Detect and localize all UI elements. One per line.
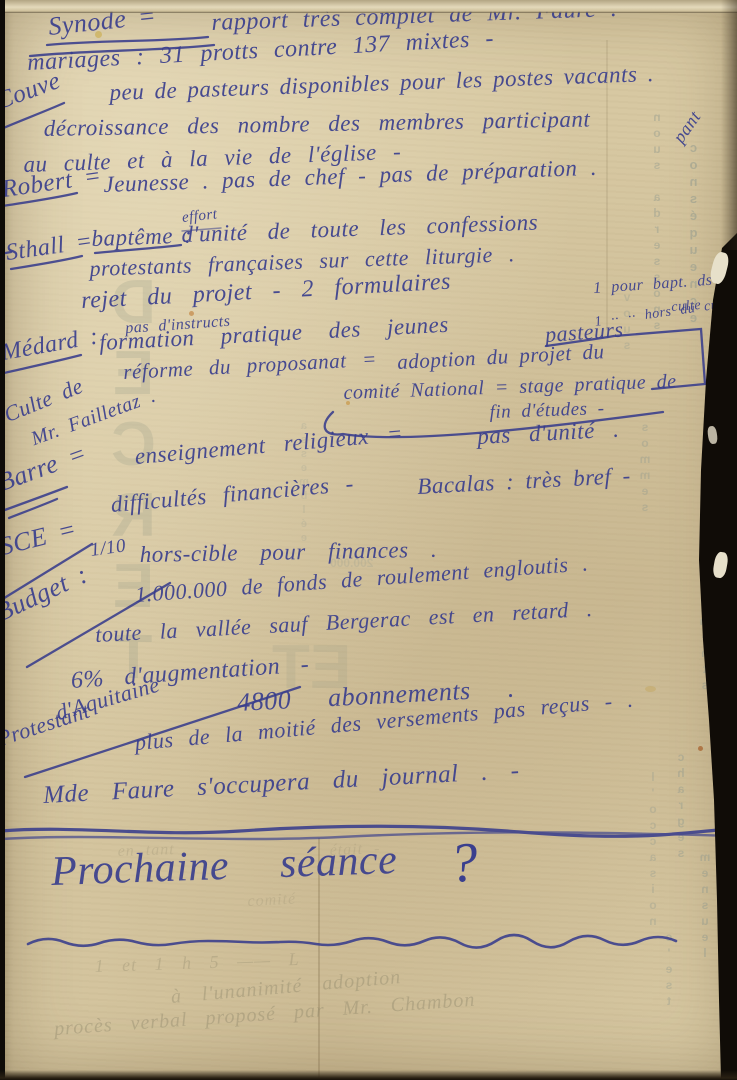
page-left-edge: [0, 0, 5, 1080]
note-line: baptême :: [91, 222, 193, 252]
paper-stain: [645, 686, 656, 692]
pencil-line: en tant: [117, 841, 175, 861]
right-edge-shadow: [721, 0, 737, 250]
page-bottom-edge: [0, 1070, 737, 1080]
note-question-mark: ?: [448, 830, 481, 896]
paper-stain: [698, 746, 703, 751]
pencil-line: était -: [329, 840, 380, 860]
scanned-notes-page: DECRET ET conséquence nous adressons aux…: [0, 0, 737, 1080]
page-top-edge: [0, 0, 737, 13]
pencil-line: comité: [247, 890, 297, 911]
